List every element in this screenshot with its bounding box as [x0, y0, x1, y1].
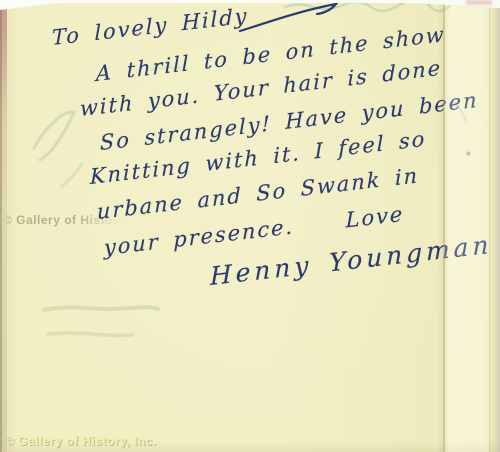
scan-edge-left-shadow — [0, 0, 2, 452]
note-line-1: To lovely Hildy — [52, 4, 249, 51]
note-closing: Love — [346, 202, 405, 233]
watermark-bottom: © Gallery of History, Inc. — [5, 434, 157, 448]
gap — [294, 228, 346, 234]
scanned-handwritten-note: © Gallery of History To lovely Hildy A t… — [0, 0, 500, 452]
scan-edge-top-left — [0, 0, 57, 10]
scan-speck-top-right — [466, 0, 492, 5]
paper-crease-line — [443, 0, 445, 452]
paper-crease-line-2 — [489, 0, 490, 452]
paper-crease-band — [445, 0, 489, 452]
pen-flourish — [234, 0, 349, 36]
note-line-7-text: your presence. — [104, 214, 294, 260]
